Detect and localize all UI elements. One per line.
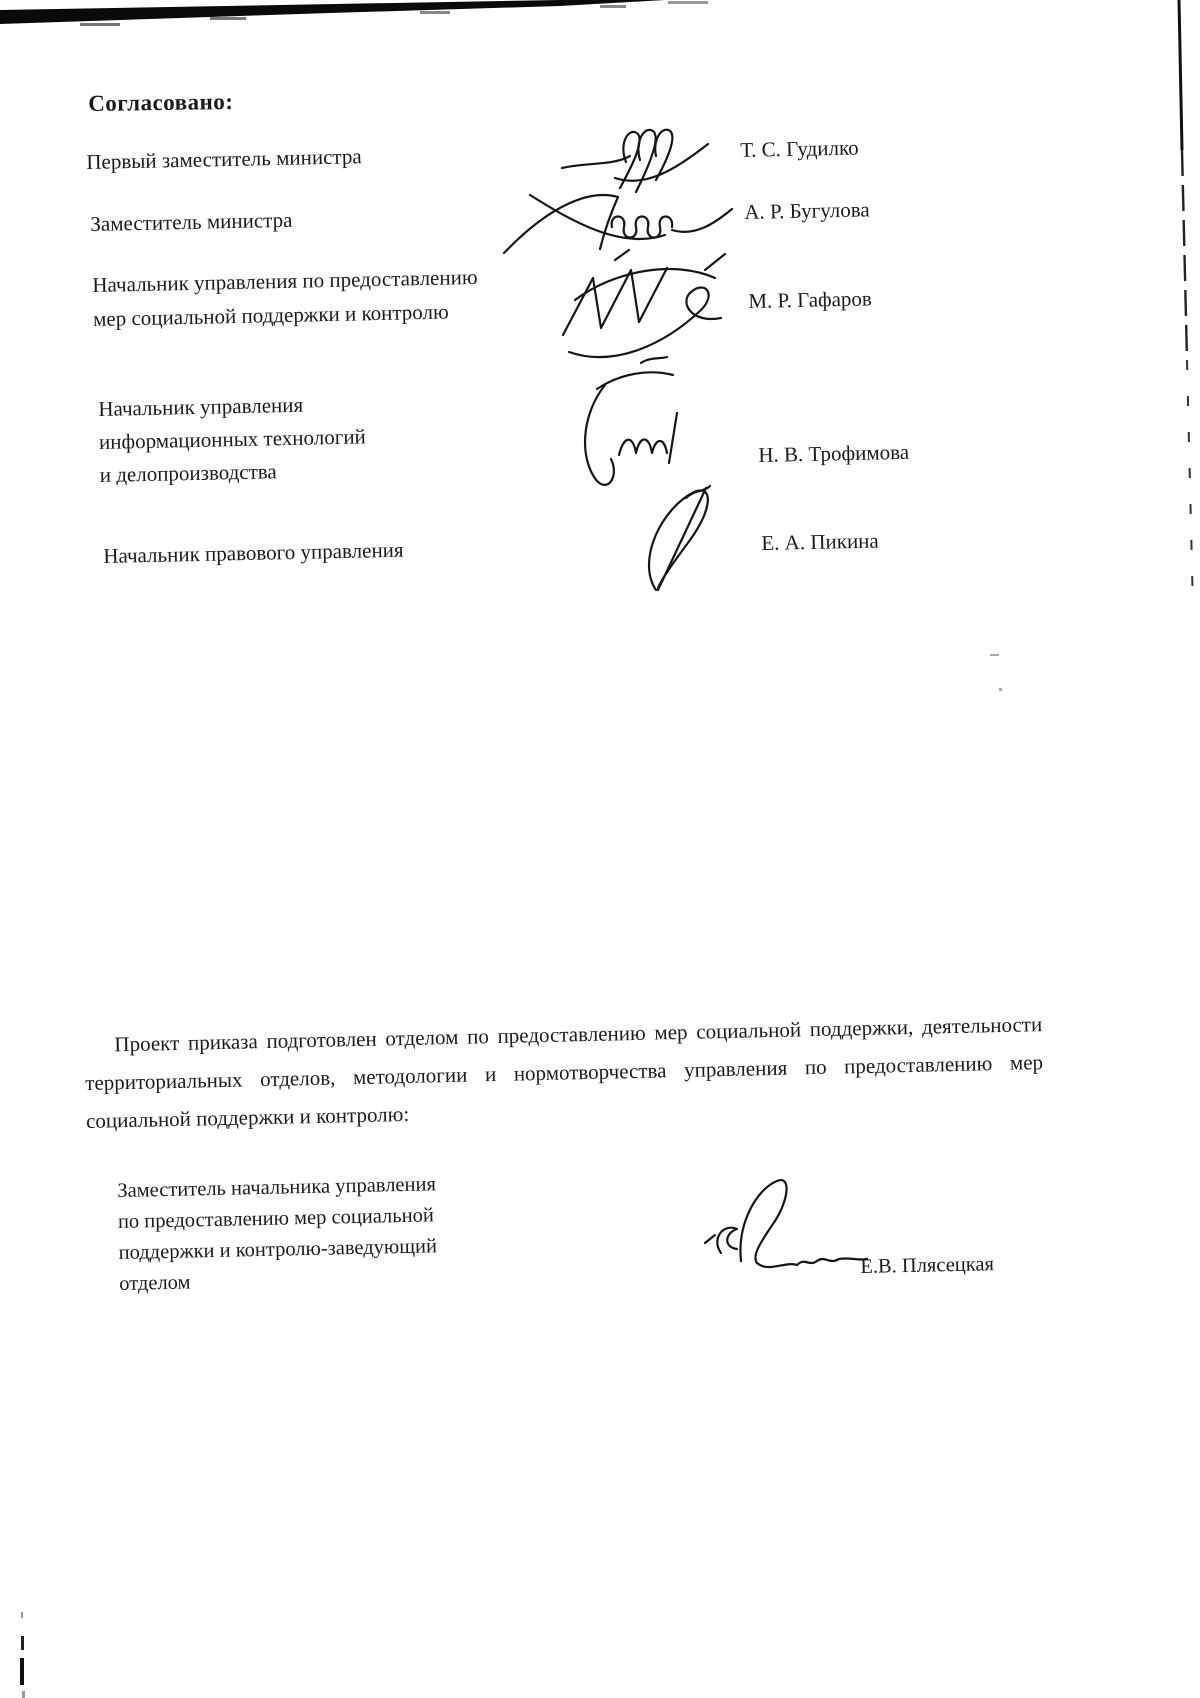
signature-pikina-icon (628, 482, 748, 597)
approval-position-3: Начальник управления по предоставлению м… (92, 260, 479, 336)
approval-position-2: Заместитель министра (90, 204, 293, 240)
approval-name-5: Е. А. Пикина (761, 525, 879, 559)
scanned-document-page: Согласовано: Первый заместитель министра… (0, 0, 1200, 1698)
approval-name-3: М. Р. Гафаров (748, 282, 872, 317)
scan-marks-bottom-left (21, 1612, 23, 1618)
approval-position-4: Начальник управления информационных техн… (98, 387, 367, 492)
approval-name-2: А. Р. Бугулова (744, 193, 870, 228)
signature-gafarov-icon (555, 240, 750, 372)
preparer-name: Е.В. Плясецкая (860, 1248, 994, 1283)
approval-position-5: Начальник правового управления (103, 534, 404, 572)
approval-position-1: Первый заместитель министра (86, 140, 362, 178)
scan-smudge-top (0, 0, 665, 24)
preparer-position: Заместитель начальника управления по пре… (117, 1169, 438, 1300)
preparation-note: Проект приказа подготовлен отделом по пр… (84, 1005, 1044, 1140)
approval-name-1: Т. С. Гудилко (740, 132, 859, 166)
signature-trofimova-icon (545, 355, 710, 495)
scan-line-right (1179, 0, 1182, 150)
approval-name-4: Н. В. Трофимова (758, 436, 909, 471)
signature-plyasetskaya-icon (693, 1175, 873, 1297)
approved-heading: Согласовано: (88, 86, 234, 120)
